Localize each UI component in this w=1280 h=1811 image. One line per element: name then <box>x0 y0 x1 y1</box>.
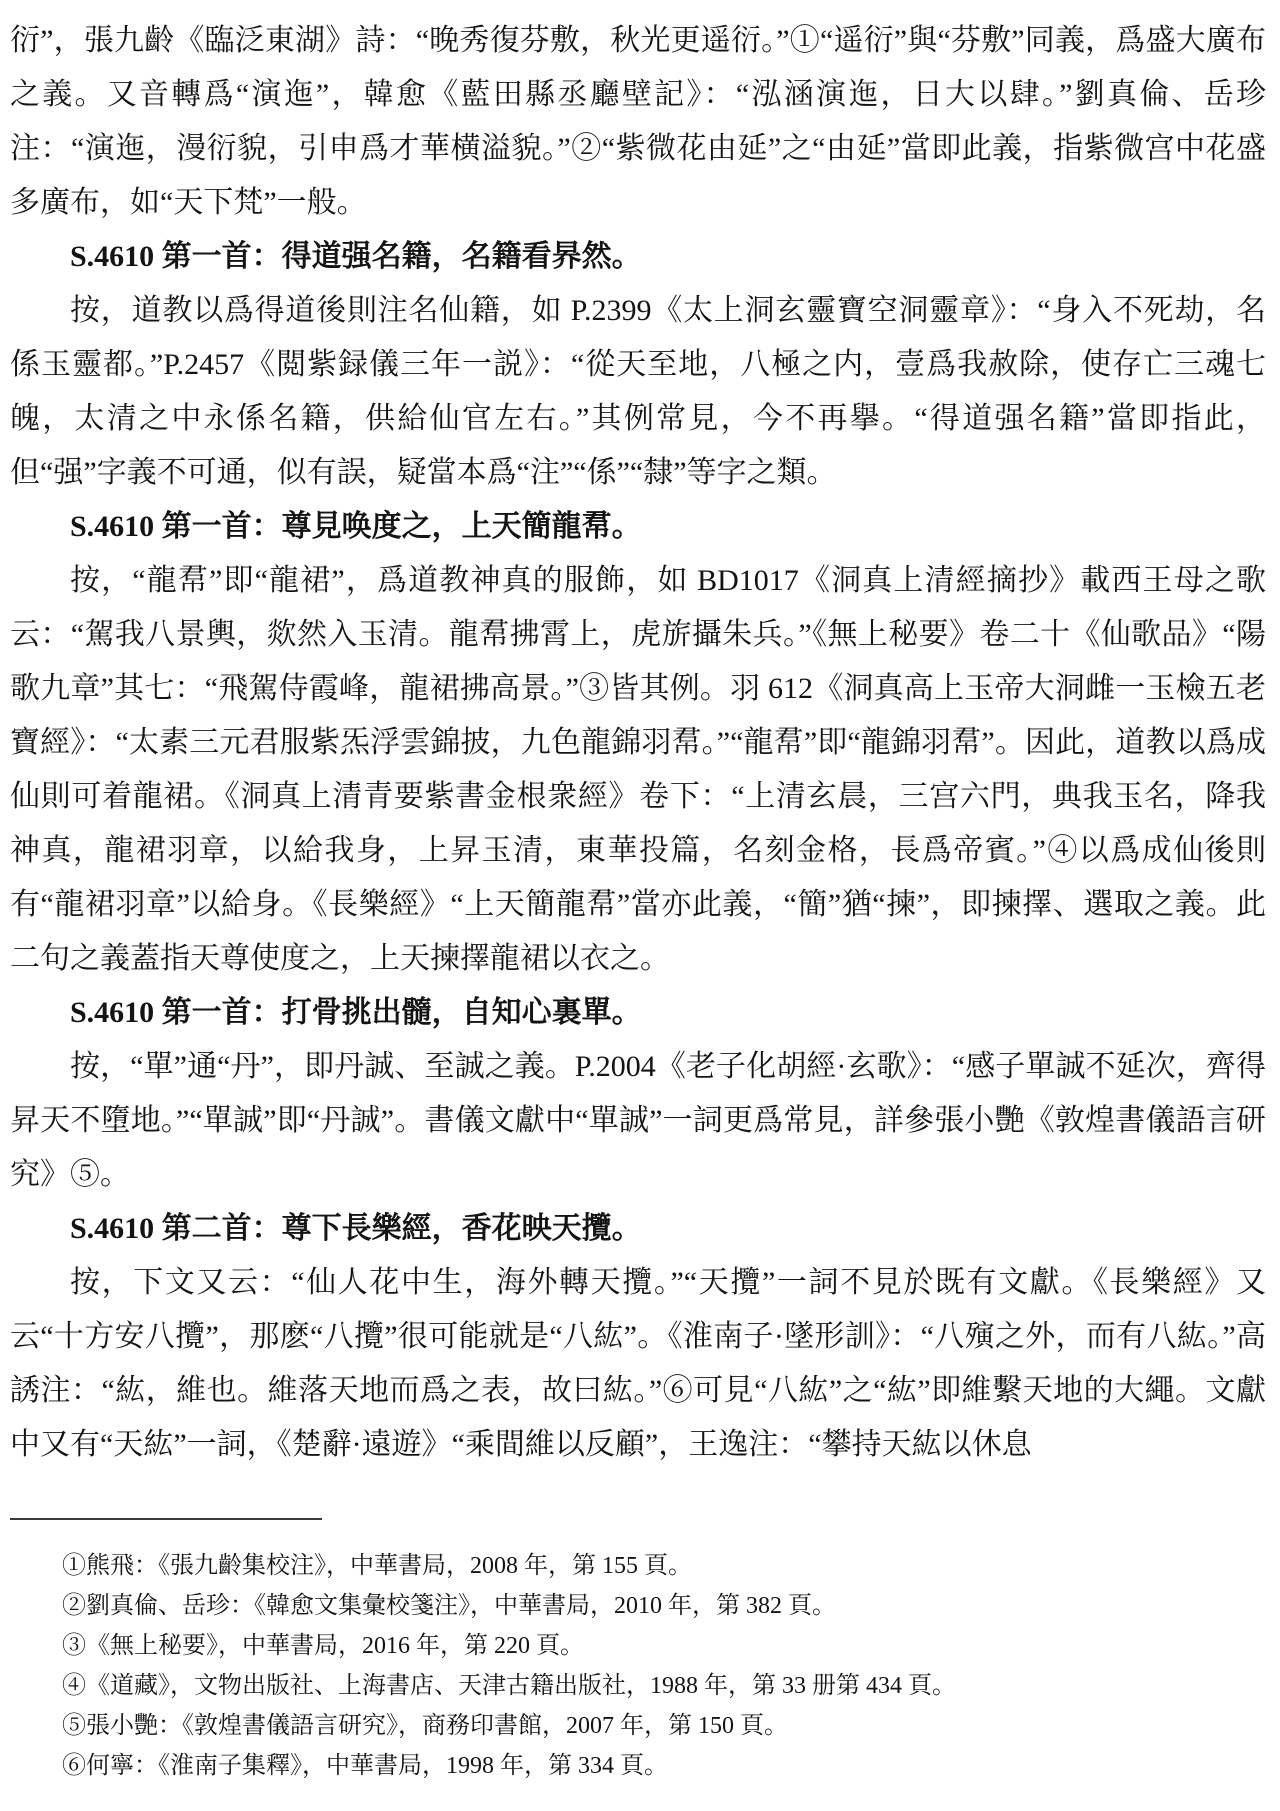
document-page: 衍”，張九齡《臨泛東湖》詩：“晚秀復芬敷，秋光更遥衍。”①“遥衍”與“芬敷”同義… <box>0 0 1280 1811</box>
paragraph: 按，“單”通“丹”，即丹誠、至誠之義。P.2004《老子化胡經·玄歌》：“感子單… <box>10 1040 1266 1202</box>
footnote-item: ⑤張小艷：《敦煌書儀語言研究》，商務印書館，2007 年，第 150 頁。 <box>10 1706 1266 1746</box>
footnote-item: ③《無上秘要》，中華書局，2016 年，第 220 頁。 <box>10 1626 1266 1666</box>
section-heading: S.4610 第一首：打骨挑出髓，自知心裏單。 <box>10 986 1266 1040</box>
page-content: 衍”，張九齡《臨泛東湖》詩：“晚秀復芬敷，秋光更遥衍。”①“遥衍”與“芬敷”同義… <box>10 14 1266 1504</box>
paragraph: 按，下文又云：“仙人花中生，海外轉天攬。”“天攬”一詞不見於既有文獻。《長樂經》… <box>10 1256 1266 1472</box>
paragraph: 按，道教以爲得道後則注名仙籍，如 P.2399《太上洞玄靈寶空洞靈章》：“身入不… <box>10 284 1266 500</box>
footnote-item: ②劉真倫、岳珍：《韓愈文集彙校箋注》，中華書局，2010 年，第 382 頁。 <box>10 1586 1266 1626</box>
paragraph: 按，“龍帬”即“龍裙”，爲道教神真的服飾，如 BD1017《洞真上清經摘抄》載西… <box>10 554 1266 986</box>
section-heading: S.4610 第二首：尊下長樂經，香花映天攬。 <box>10 1202 1266 1256</box>
section-heading: S.4610 第一首：得道强名籍，名籍看昦然。 <box>10 230 1266 284</box>
section-heading: S.4610 第一首：尊見唤度之，上天簡龍帬。 <box>10 500 1266 554</box>
footnote-item: ④《道藏》，文物出版社、上海書店、天津古籍出版社，1988 年，第 33 册第 … <box>10 1666 1266 1706</box>
paragraph-continuation: 衍”，張九齡《臨泛東湖》詩：“晚秀復芬敷，秋光更遥衍。”①“遥衍”與“芬敷”同義… <box>10 14 1266 230</box>
footnote-item: ①熊飛：《張九齡集校注》，中華書局，2008 年，第 155 頁。 <box>10 1546 1266 1586</box>
footnote-item: ⑥何寧：《淮南子集釋》，中華書局，1998 年，第 334 頁。 <box>10 1746 1266 1786</box>
footnotes-section: ①熊飛：《張九齡集校注》，中華書局，2008 年，第 155 頁。 ②劉真倫、岳… <box>10 1518 1266 1786</box>
footnote-divider <box>10 1518 322 1520</box>
